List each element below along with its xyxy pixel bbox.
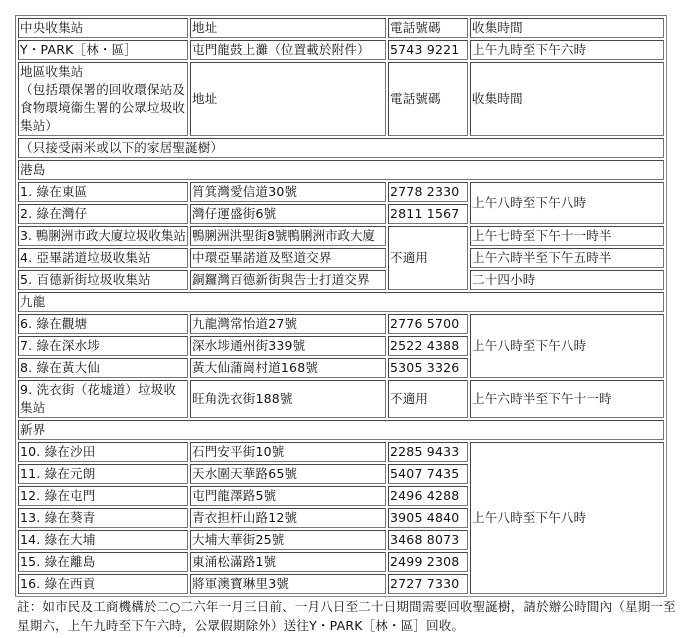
table-row: 3. 鴨脷洲市政大廈垃圾收集站 鴨脷洲洪聖街8號鴨脷洲市政大廈 不適用 上午七時… xyxy=(18,226,664,246)
station-address: 中環亞畢諾道及堅道交界 xyxy=(190,248,386,268)
table-row: 5. 百德新街垃圾收集站 銅鑼灣百德新街與告士打道交界 二十四小時 xyxy=(18,270,664,290)
station-address: 筲箕灣愛信道30號 xyxy=(190,182,386,202)
table-row: 1. 綠在東區 筲箕灣愛信道30號 2778 2330 上午八時至下午八時 xyxy=(18,182,664,202)
tree-size-note: （只接受兩米或以下的家居聖誕樹） xyxy=(18,138,664,158)
station-address: 黃大仙蒲崗村道168號 xyxy=(190,358,386,378)
header-hours: 收集時間 xyxy=(470,18,664,38)
table-row: 6. 綠在觀塘 九龍灣常怡道27號 2776 5700 上午八時至下午八時 xyxy=(18,314,664,334)
station-phone: 2499 2308 xyxy=(388,552,468,572)
header-station: 中央收集站 xyxy=(18,18,188,38)
header-phone: 電話號碼 xyxy=(388,18,468,38)
station-name: 12. 綠在屯門 xyxy=(18,486,188,506)
district-note-row: （只接受兩米或以下的家居聖誕樹） xyxy=(18,138,664,158)
header-station: 地區收集站 （包括環保署的回收環保站及食物環境衞生署的公眾垃圾收集站） xyxy=(18,62,188,136)
station-hours: 上午八時至下午八時 xyxy=(470,442,664,594)
station-name: 2. 綠在灣仔 xyxy=(18,204,188,224)
station-name: 8. 綠在黃大仙 xyxy=(18,358,188,378)
region-row: 港島 xyxy=(18,160,664,180)
station-address: 鴨脷洲洪聖街8號鴨脷洲市政大廈 xyxy=(190,226,386,246)
station-name: 16. 綠在西貢 xyxy=(18,574,188,594)
station-address: 大埔大華街25號 xyxy=(190,530,386,550)
station-phone: 2496 4288 xyxy=(388,486,468,506)
station-address: 深水埗通州街339號 xyxy=(190,336,386,356)
station-address: 銅鑼灣百德新街與告士打道交界 xyxy=(190,270,386,290)
header-address: 地址 xyxy=(190,18,386,38)
district-header-row: 地區收集站 （包括環保署的回收環保站及食物環境衞生署的公眾垃圾收集站） 地址 電… xyxy=(18,62,664,136)
station-phone: 5305 3326 xyxy=(388,358,468,378)
region-hk-island: 港島 xyxy=(18,160,664,180)
station-name: 14. 綠在大埔 xyxy=(18,530,188,550)
station-address: 九龍灣常怡道27號 xyxy=(190,314,386,334)
station-phone: 2522 4388 xyxy=(388,336,468,356)
header-phone: 電話號碼 xyxy=(388,62,468,136)
header-address: 地址 xyxy=(190,62,386,136)
station-hours: 上午八時至下午八時 xyxy=(470,182,664,224)
table-row: Y・PARK［林・區］ 屯門龍鼓上灘（位置載於附件） 5743 9221 上午九… xyxy=(18,40,664,60)
region-new-territories: 新界 xyxy=(18,420,664,440)
station-name: 10. 綠在沙田 xyxy=(18,442,188,462)
table-row: 4. 亞畢諾道垃圾收集站 中環亞畢諾道及堅道交界 上午六時半至下午五時半 xyxy=(18,248,664,268)
station-name: 3. 鴨脷洲市政大廈垃圾收集站 xyxy=(18,226,188,246)
station-name: 9. 洗衣街（花墟道）垃圾收集站 xyxy=(18,380,188,418)
station-hours: 上午七時至下午十一時半 xyxy=(470,226,664,246)
station-phone: 不適用 xyxy=(388,380,468,418)
station-phone: 3468 8073 xyxy=(388,530,468,550)
central-header-row: 中央收集站 地址 電話號碼 收集時間 xyxy=(18,18,664,38)
station-address: 灣仔運盛街6號 xyxy=(190,204,386,224)
station-name: 13. 綠在葵青 xyxy=(18,508,188,528)
station-address: 屯門龍澤路5號 xyxy=(190,486,386,506)
station-phone: 2727 7330 xyxy=(388,574,468,594)
station-address: 天水圍天華路65號 xyxy=(190,464,386,484)
station-address: 石門安平街10號 xyxy=(190,442,386,462)
station-name: 7. 綠在深水埗 xyxy=(18,336,188,356)
station-name: 4. 亞畢諾道垃圾收集站 xyxy=(18,248,188,268)
station-phone: 2285 9433 xyxy=(388,442,468,462)
region-row: 九龍 xyxy=(18,292,664,312)
station-name: 6. 綠在觀塘 xyxy=(18,314,188,334)
station-phone: 2776 5700 xyxy=(388,314,468,334)
station-address: 旺角洗衣街188號 xyxy=(190,380,386,418)
station-phone: 2811 1567 xyxy=(388,204,468,224)
station-phone: 3905 4840 xyxy=(388,508,468,528)
station-hours: 上午六時半至下午十一時 xyxy=(470,380,664,418)
station-hours: 二十四小時 xyxy=(470,270,664,290)
station-name: 1. 綠在東區 xyxy=(18,182,188,202)
header-hours: 收集時間 xyxy=(470,62,664,136)
station-hours: 上午六時半至下午五時半 xyxy=(470,248,664,268)
station-phone: 5407 7435 xyxy=(388,464,468,484)
region-row: 新界 xyxy=(18,420,664,440)
station-address: 青衣担杆山路12號 xyxy=(190,508,386,528)
station-phone: 不適用 xyxy=(388,226,468,290)
station-name: Y・PARK［林・區］ xyxy=(18,40,188,60)
station-phone: 2778 2330 xyxy=(388,182,468,202)
station-address: 屯門龍鼓上灘（位置載於附件） xyxy=(190,40,386,60)
station-hours: 上午九時至下午六時 xyxy=(470,40,664,60)
station-hours: 上午八時至下午八時 xyxy=(470,314,664,378)
table-row: 9. 洗衣街（花墟道）垃圾收集站 旺角洗衣街188號 不適用 上午六時半至下午十… xyxy=(18,380,664,418)
christmas-tree-collection-table: 中央收集站 地址 電話號碼 收集時間 Y・PARK［林・區］ 屯門龍鼓上灘（位置… xyxy=(15,15,667,597)
region-kowloon: 九龍 xyxy=(18,292,664,312)
station-address: 將軍澳寶琳里3號 xyxy=(190,574,386,594)
station-name: 11. 綠在元朗 xyxy=(18,464,188,484)
station-name: 5. 百德新街垃圾收集站 xyxy=(18,270,188,290)
station-address: 東涌松滿路1號 xyxy=(190,552,386,572)
station-name: 15. 綠在離島 xyxy=(18,552,188,572)
table-row: 10. 綠在沙田 石門安平街10號 2285 9433 上午八時至下午八時 xyxy=(18,442,664,462)
footnote: 註：如市民及工商機構於二○二六年一月三日前、一月八日至二十日期間需要回收聖誕樹，… xyxy=(17,597,677,635)
station-phone: 5743 9221 xyxy=(388,40,468,60)
